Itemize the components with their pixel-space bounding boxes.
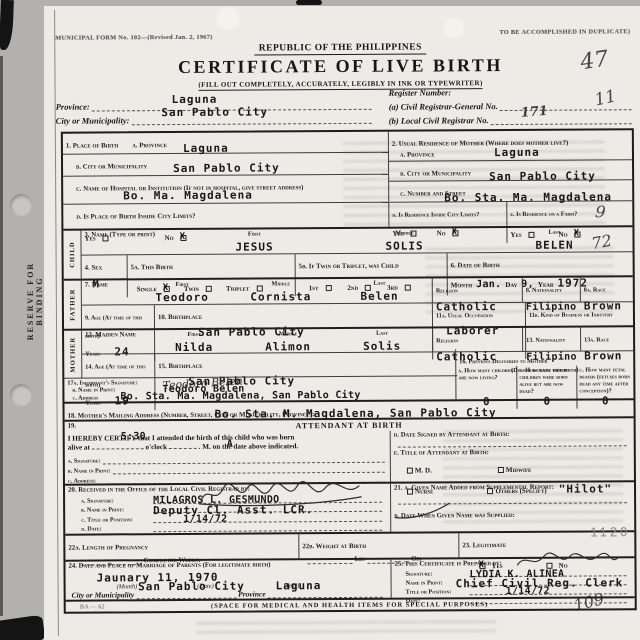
child-name-label: 3. Name (Type or print) [84,231,179,254]
father-occupation-label: 11a. Usual Occupation [436,312,493,319]
father-middle-name: Cornista [250,290,311,303]
city-municipality-field: San Pablo City [131,115,371,125]
form-footer: BA — 62 (SPACE FOR MEDICAL AND HEALTH IT… [66,596,635,611]
previous-deliveries-box: 16. Previous Deliveries to Mother (Do no… [455,348,633,399]
father-name-label: 7. Name [85,281,133,303]
marriage-city-value: San Pablo City [138,580,245,594]
first-sublabel: First [179,230,329,238]
scan-artifact [0,56,3,616]
pob-city-value: San Pablo City [173,161,280,175]
father-last-name: Belen [360,290,398,303]
father-birthplace-label: 10. Birthplace [158,314,202,321]
scan-artifact [296,0,322,5]
certificate-page: MUNICIPAL FORM No. 102—(Revised Jan. 2, … [44,6,640,640]
prepared-date: 1/14/72 [506,586,550,597]
punch-hole [442,17,466,39]
mother-side-strip: MOTHER [64,331,82,379]
field-father-name: 7. Name FirstTeodoro MiddleCornista Last… [82,278,432,304]
scan-artifact [0,615,46,640]
this-birth-label: 5a. This Birth [131,264,173,271]
field-father-religion: Religion Catholic [432,278,522,303]
first-sublabel: First [147,331,241,339]
last-sublabel: Last [330,279,429,287]
attendant-certify-text: I HEREBY CERTIFY that I attended the bir… [65,431,390,455]
field-mother-name: 12. Maiden Name FirstNilda MiddleAlimon … [82,328,432,353]
certificate-title: CERTIFICATE OF LIVE BIRTH [42,54,638,79]
child-last-name: BELEN [535,239,573,252]
civil-registrar-general-label: (a) Civil Registrar-General No. [389,101,498,112]
mother-middle-name: Alimon [265,340,311,353]
city-municipality-value: San Pablo City [161,105,268,119]
legitimate-label: 23. Legitimate [462,542,506,549]
footer-note: (SPACE FOR MEDICAL AND HEALTH ITEMS FOR … [105,600,595,610]
punch-hole [214,7,242,31]
fetal-deaths-label: c. How many fetal deaths (fetuses born d… [579,366,631,394]
field-father-race: 8a. Race Brown [580,277,633,301]
field-pob-inside-city-limits: d. Is Place of Birth Inside City Limits?… [63,203,388,227]
res-limits-label: d. Is Residence Inside City Limits? [392,211,479,219]
republic-heading: REPUBLIC OF THE PHILIPPINES [42,41,638,55]
md-label: M. D. [415,466,432,474]
given-name-added-label: 21. a. Given Name Added from Supplementa… [394,483,631,492]
child-side-strip: CHILD [63,231,81,279]
punch-hole [10,384,32,406]
local-civil-registrar-label: (b) Local Civil Registrar No. [389,115,489,126]
handwritten-47: 47 [579,47,610,76]
field-mother-religion: Religion Catholic [432,328,522,352]
res-farm-label: e. Is Residence on a Farm? [510,211,577,218]
registrar-date: 1/14/72 [183,514,227,525]
field-res-street: c. Number and Street Bo. Sta. Ma. Magdal… [389,180,632,202]
place-and-residence-band: 1. Place of Birth a. Province Laguna b. … [63,130,633,228]
pob-limits-label: d. Is Place of Birth Inside City Limits? [76,213,195,221]
birth-ampm-value: A [227,440,233,449]
birth-time-value: 5:30 [121,432,146,441]
marriage-city-label: City or Municipality [72,590,135,599]
field-place-of-birth-city: b. City or Municipality San Pablo City [63,153,388,177]
annotation-curve [393,501,453,519]
father-religion-label: Religion [436,287,458,294]
field-mother-race: 13a. Race Brown [580,327,633,350]
father-side-strip: FATHER [64,281,82,329]
field-father-nationality: 8. Nationality Filipino [522,278,580,302]
middle-sublabel: Middle [329,229,479,237]
child-side-label: CHILD [68,241,75,267]
marriage-province-value: Laguna [276,579,322,592]
pregnancy-label: 22a. Length of Pregnancy [68,544,148,551]
father-first-name: Teodoro [155,291,208,304]
first-sublabel: First [133,281,232,289]
duplicate-note: TO BE ACCOMPLISHED IN DUPLICATE) [499,28,630,36]
field-length-of-pregnancy: 22a. Length of Pregnancy Completed Weeks… [65,534,298,559]
province-label: Province: [56,102,90,112]
pob-province-label: a. Province [132,142,167,149]
middle-sublabel: Middle [241,330,335,338]
field-place-of-birth-province: 1. Place of Birth a. Province Laguna [63,132,388,155]
punch-hole [10,194,32,216]
weight-label: 22b. Weight at Birth [302,543,366,550]
registrar-row: 20. Received in the Office of the Local … [65,480,634,533]
child-first-name: JESUS [235,240,273,253]
field-child-name: 3. Name (Type or print) FirstJESUS Middl… [81,227,632,255]
field-weight-at-birth: 22b. Weight at Birth LbsOz. [298,533,458,558]
dob-label: 6. Date of Birth [451,262,500,269]
mother-nationality-label: 13. Nationality [526,337,565,344]
form-number: MUNICIPAL FORM No. 102—(Revised Jan. 2, … [55,34,212,42]
mother-first-name: Nilda [175,341,213,354]
scan-artifact [0,0,14,50]
previous-deliveries-note: (Do not include this birth) [511,367,578,374]
reserve-for-binding-label: RESERVE FOR BINDING [26,236,44,366]
informant-address: Bo. Sta. Ma. Magdalena, San Pablo City [120,390,360,402]
mother-last-name: Solis [363,340,401,353]
mother-name-label: 12. Maiden Name [85,331,147,352]
sex-label: 4. Sex [85,264,103,271]
last-sublabel: Last [479,228,629,236]
local-civil-registrar-field: 171 [491,115,632,125]
father-race-label: 8a. Race [584,286,606,293]
father-side-label: FATHER [69,289,76,321]
city-municipality-label: City or Municipality: [56,115,130,125]
register-block: Register Number: Province: Laguna (a) Ci… [56,86,631,130]
province-value: Laguna [172,93,218,106]
father-nationality-label: 8. Nationality [526,287,562,294]
field-res-province: a. Province Laguna [389,141,632,161]
stamp-1120: 1120 [590,524,630,539]
attendant-kind-label: e. Title of Attendant at Birth: [394,448,631,457]
field-res-city: b. City or Municipality San Pablo City [389,160,632,181]
pob-city-label: b. City or Municipality [76,163,147,170]
midwife-label: Midwife [506,466,532,474]
field-marriage-of-parents: 24. Date and Place of Marriage of Parent… [65,560,391,600]
register-number-label: Register Number: [389,87,452,97]
child-band: CHILD 3. Name (Type or print) FirstJESUS… [63,225,632,278]
birth-certificate-form: 1. Place of Birth a. Province Laguna b. … [61,128,637,613]
place-of-birth-title: 1. Place of Birth [66,142,118,149]
mother-birthplace-label: 15. Birthplace [158,363,202,370]
field-mother-nationality: 13. Nationality Filipino [522,328,580,351]
preparer-signature-scribble [511,550,621,571]
twin-order-label: 5b. If Twin or Triplet, was Child [299,263,399,271]
checkbox-md [407,468,413,474]
checkbox-midwife [498,467,504,473]
child-middle-name: SOLIS [385,240,423,253]
father-band: FATHER 7. Name FirstTeodoro MiddleCornis… [64,275,633,328]
last-sublabel: Last [335,329,429,337]
mother-race-label: 13a. Race [584,336,609,343]
children-living-label: a. How many children are now living? [458,367,514,381]
registrar-signature-scribble [195,480,365,507]
field-hospital: c. Name of Hospital or Institution (If n… [63,175,388,205]
res-city-label: b. City or Municipality [400,170,471,177]
mother-religion-label: Religion [436,337,458,344]
father-business-label: 11b. Kind of Business or Industry [529,311,613,319]
local-civil-registrar-value: 171 [520,104,548,121]
bleed-through [196,619,496,634]
hospital-value: Bo. Ma. Magdalena [123,189,253,203]
field-certificate-prepared-by: 25. This Certificate is Prepared by: Sig… [391,558,634,597]
res-province-value: Laguna [494,146,540,159]
mother-side-label: MOTHER [69,337,76,373]
registrar-date-label: d. Date: [81,525,151,532]
attendant-row: 19. ATTENDANT AT BIRTH I HEREBY CERTIFY … [65,416,634,483]
marriage-prepared-row: 24. Date and Place of Marriage of Parent… [65,556,634,599]
middle-sublabel: Middle [231,280,330,288]
footer-code: BA — 62 [80,603,105,610]
res-province-label: a. Province [400,151,435,158]
attendant-number: 19. [68,423,77,431]
